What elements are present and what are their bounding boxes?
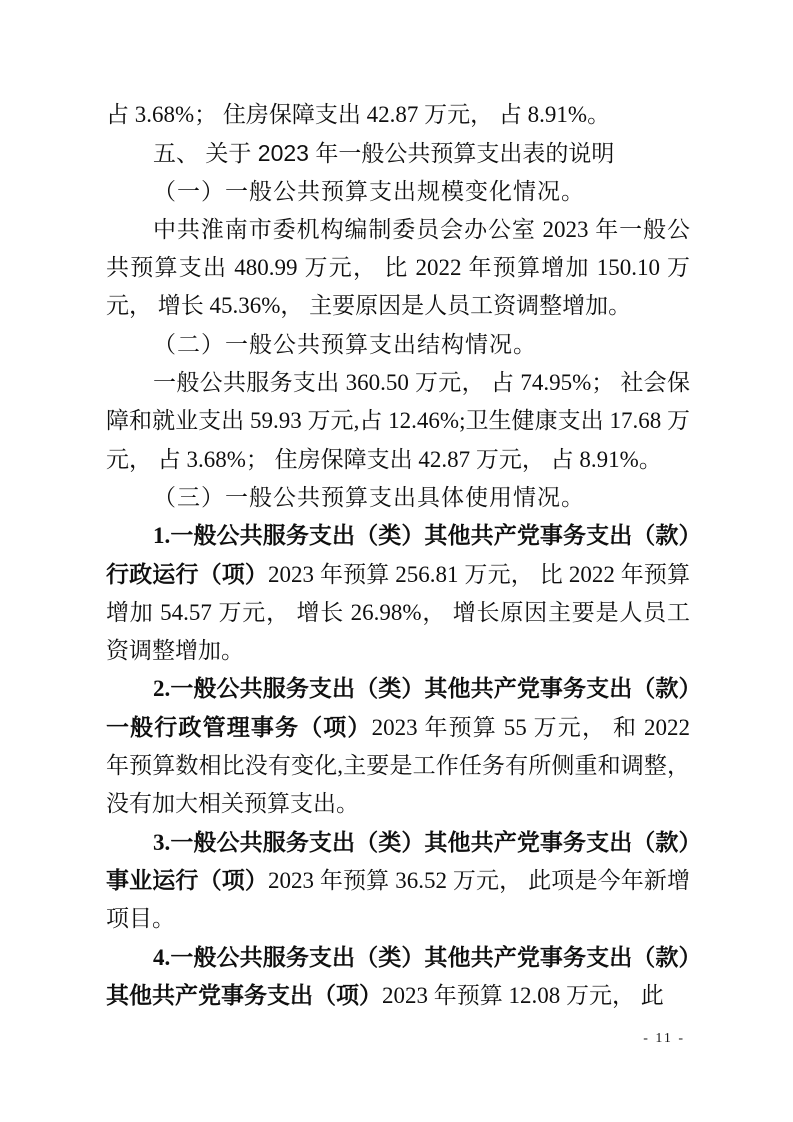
paragraph-item-2: 2.一般公共服务支出（类）其他共产党事务支出（款）一般行政管理事务（项）2023… xyxy=(106,670,690,823)
document-body: 占 3.68%； 住房保障支出 42.87 万元， 占 8.91%。 五、 关于… xyxy=(106,96,690,1015)
document-page: 占 3.68%； 住房保障支出 42.87 万元， 占 8.91%。 五、 关于… xyxy=(0,0,793,1122)
paragraph-item-4: 4.一般公共服务支出（类）其他共产党事务支出（款）其他共产党事务支出（项）202… xyxy=(106,939,690,1016)
subsection-heading-one: （一）一般公共预算支出规模变化情况。 xyxy=(106,173,690,211)
subsection-heading-two: （二）一般公共预算支出结构情况。 xyxy=(106,326,690,364)
paragraph-text: 占 3.68%； 住房保障支出 42.87 万元， 占 8.91%。 xyxy=(106,102,610,127)
paragraph-item-3: 3.一般公共服务支出（类）其他共产党事务支出（款）事业运行（项）2023 年预算… xyxy=(106,824,690,939)
paragraph-scale-change: 中共淮南市委机构编制委员会办公室 2023 年一般公共预算支出 480.99 万… xyxy=(106,211,690,326)
paragraph-item-1: 1.一般公共服务支出（类）其他共产党事务支出（款）行政运行（项）2023 年预算… xyxy=(106,517,690,670)
paragraph-text: 中共淮南市委机构编制委员会办公室 2023 年一般公共预算支出 480.99 万… xyxy=(106,217,690,319)
paragraph-text: 2023 年预算 12.08 万元， 此 xyxy=(382,983,664,1008)
paragraph-text: 一般公共服务支出 360.50 万元， 占 74.95%； 社会保障和就业支出 … xyxy=(106,370,690,472)
subsection-heading-three: （三）一般公共预算支出具体使用情况。 xyxy=(106,479,690,517)
page-number: - 11 - xyxy=(643,1031,685,1047)
paragraph-structure: 一般公共服务支出 360.50 万元， 占 74.95%； 社会保障和就业支出 … xyxy=(106,364,690,479)
section-heading-five: 五、 关于 2023 年一般公共预算支出表的说明 xyxy=(106,134,690,172)
continuation-paragraph: 占 3.68%； 住房保障支出 42.87 万元， 占 8.91%。 xyxy=(106,96,690,134)
